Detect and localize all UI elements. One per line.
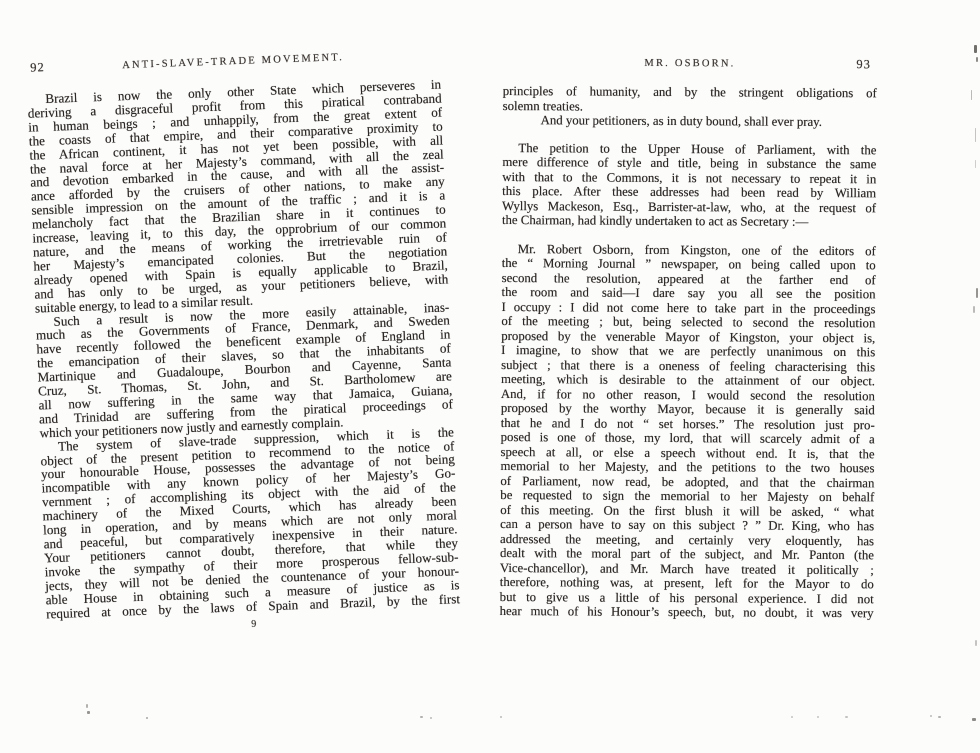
page-left: 92 ANTI-SLAVE-TRADE MOVEMENT. Brazil is …	[26, 48, 461, 640]
scan-speck	[973, 306, 975, 313]
running-head-left: ANTI-SLAVE-TRADE MOVEMENT.	[26, 48, 440, 77]
text-line: of the meeting ; but, being selected to …	[501, 314, 875, 331]
page-right: MR. OSBORN. 93 principles of humanity, a…	[500, 56, 877, 621]
scan-speck	[930, 715, 932, 717]
scan-speck	[87, 711, 90, 714]
text-block-right: principles of humanity, and by the strin…	[500, 84, 877, 621]
text-line: this place. After these addresses had be…	[502, 184, 876, 201]
page-header-right: MR. OSBORN. 93	[503, 56, 877, 74]
text-line: be requested to sign the memorial to her…	[500, 488, 874, 505]
text-block-left: Brazil is now the only other State which…	[27, 78, 460, 621]
text-line: the “ Morning Journal ” newspaper, on be…	[502, 256, 876, 273]
scan-speck	[146, 717, 148, 719]
text-line: hear much of his Honour’s speech, but, n…	[500, 604, 874, 621]
paragraph: Such a result is now the more easily att…	[35, 300, 453, 440]
page-header-left: 92 ANTI-SLAVE-TRADE MOVEMENT.	[26, 48, 440, 79]
text-line: posed is one of those, my lord, that wil…	[501, 430, 875, 447]
scan-speck	[845, 716, 848, 718]
scan-speck	[500, 716, 502, 718]
text-line: memorial to her Majesty, and the petitio…	[500, 459, 874, 476]
scan-speck	[817, 716, 819, 718]
text-line: dealt with the moral part of the subject…	[500, 546, 874, 563]
paragraph: principles of humanity, and by the strin…	[503, 84, 877, 115]
page-number-left: 92	[30, 61, 45, 75]
scan-speck	[975, 640, 977, 646]
page-number-right: 93	[856, 57, 871, 72]
running-head-right: MR. OSBORN.	[503, 56, 877, 73]
paragraph: Mr. Robert Osborn, from Kingston, one of…	[500, 241, 876, 620]
text-line: principles of humanity, and by the strin…	[503, 84, 877, 101]
scan-speck	[430, 717, 432, 719]
text-line: proposed by the worthy Mayor, because it…	[501, 401, 875, 418]
paragraph: And your petitioners, as in duty bound, …	[503, 113, 877, 130]
text-line: meeting, which is desirable to the attai…	[501, 372, 875, 389]
paragraph: The petition to the Upper House of Parli…	[502, 140, 877, 229]
scan-speck	[971, 90, 972, 100]
text-line: I imagine, to show that we are perfectly…	[501, 343, 875, 360]
scan-speck	[976, 57, 978, 62]
scan-speck	[938, 716, 941, 718]
scan-speck	[975, 160, 976, 168]
text-line: therefore, nothing was, at present, left…	[500, 575, 874, 592]
text-line: the Chairman, had kindly undertaken to a…	[502, 213, 876, 230]
scan-speck	[86, 704, 88, 708]
scan-speck	[974, 45, 977, 53]
paragraph: Brazil is now the only other State which…	[27, 78, 449, 316]
text-line: the room and said—I dare say you all see…	[502, 285, 876, 302]
book-scan: 92 ANTI-SLAVE-TRADE MOVEMENT. Brazil is …	[0, 0, 980, 753]
scan-speck	[972, 718, 976, 721]
text-line: mere difference of style and title, bein…	[502, 155, 876, 172]
scan-speck	[791, 716, 793, 718]
paragraph: The system of slave-trade suppression, w…	[40, 425, 460, 621]
scan-speck	[420, 716, 423, 718]
scan-speck	[976, 288, 978, 298]
text-line: can a person have to say on this subject…	[500, 517, 874, 534]
text-line: And your petitioners, as in duty bound, …	[503, 113, 877, 130]
scan-speck	[975, 128, 976, 142]
